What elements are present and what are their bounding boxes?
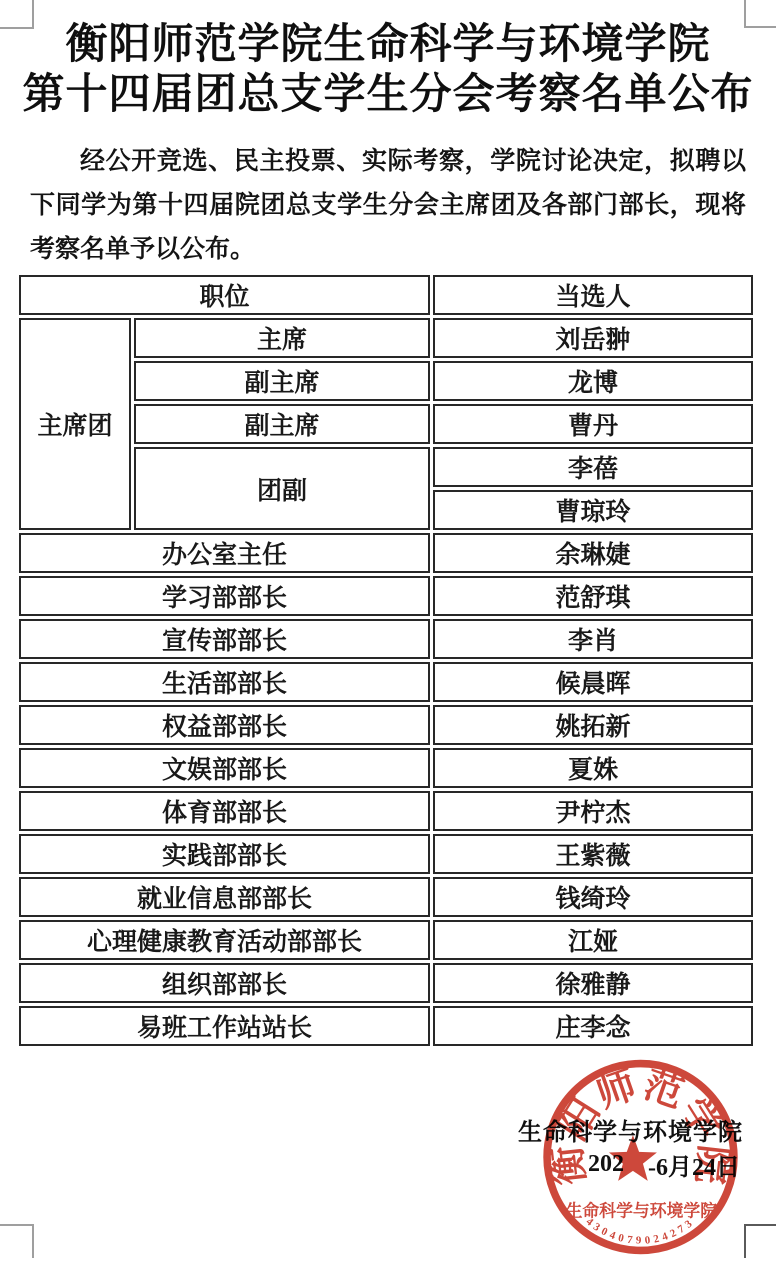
scan-corner-mark	[0, 1224, 34, 1258]
table-row: 生活部部长候晨晖	[19, 662, 753, 702]
table-row: 文娱部部长夏姝	[19, 748, 753, 788]
position-cell: 体育部部长	[19, 791, 430, 831]
position-cell: 易班工作站站长	[19, 1006, 430, 1046]
table-row: 学习部部长范舒琪	[19, 576, 753, 616]
table-row: 办公室主任余琳婕	[19, 533, 753, 573]
candidate-cell: 夏姝	[433, 748, 753, 788]
table-row: 就业信息部部长钱绮玲	[19, 877, 753, 917]
position-cell: 文娱部部长	[19, 748, 430, 788]
table-row: 心理健康教育活动部部长江娅	[19, 920, 753, 960]
candidate-cell: 庄李念	[433, 1006, 753, 1046]
table-row: 职位当选人	[19, 275, 753, 315]
document-page: 衡阳师范学院生命科学与环境学院 第十四届团总支学生分会考察名单公布 经公开竞选、…	[0, 0, 776, 1280]
position-cell: 宣传部部长	[19, 619, 430, 659]
position-cell: 学习部部长	[19, 576, 430, 616]
candidate-cell: 曹琼玲	[433, 490, 753, 530]
position-cell: 办公室主任	[19, 533, 430, 573]
roster-table-body: 职位当选人主席团主席刘岳翀副主席龙博副主席曹丹团副李蓓曹琼玲办公室主任余琳婕学习…	[19, 275, 753, 1046]
table-row: 组织部部长徐雅静	[19, 963, 753, 1003]
position-cell: 就业信息部部长	[19, 877, 430, 917]
candidate-cell: 余琳婕	[433, 533, 753, 573]
candidate-cell: 范舒琪	[433, 576, 753, 616]
header-position-cell: 职位	[19, 275, 430, 315]
table-row: 实践部部长王紫薇	[19, 834, 753, 874]
position-cell: 副主席	[134, 361, 430, 401]
position-cell: 权益部部长	[19, 705, 430, 745]
position-cell: 主席	[134, 318, 430, 358]
page-title-line2: 第十四届团总支学生分会考察名单公布	[22, 72, 753, 118]
position-cell: 心理健康教育活动部部长	[19, 920, 430, 960]
position-cell: 团副	[134, 447, 430, 530]
position-cell: 生活部部长	[19, 662, 430, 702]
position-cell: 副主席	[134, 404, 430, 444]
candidate-cell: 钱绮玲	[433, 877, 753, 917]
table-row: 主席团主席刘岳翀	[19, 318, 753, 358]
position-cell: 组织部部长	[19, 963, 430, 1003]
table-row: 易班工作站站长庄李念	[19, 1006, 753, 1046]
candidate-cell: 李蓓	[433, 447, 753, 487]
candidate-cell: 尹柠杰	[433, 791, 753, 831]
seal-inner-text: 生命科学与环境学院	[566, 1201, 718, 1221]
table-row: 权益部部长姚拓新	[19, 705, 753, 745]
candidate-cell: 王紫薇	[433, 834, 753, 874]
page-title: 衡阳师范学院生命科学与环境学院 第十四届团总支学生分会考察名单公布	[0, 20, 776, 120]
candidate-cell: 江娅	[433, 920, 753, 960]
candidate-cell: 徐雅静	[433, 963, 753, 1003]
page-title-line1: 衡阳师范学院生命科学与环境学院	[65, 22, 710, 68]
candidate-cell: 龙博	[433, 361, 753, 401]
official-seal: 衡阳师范学院 生命科学与环境学院 4304079024273	[531, 1056, 750, 1258]
table-row: 宣传部部长李肖	[19, 619, 753, 659]
group-cell: 主席团	[19, 318, 131, 530]
candidate-cell: 曹丹	[433, 404, 753, 444]
header-candidate-cell: 当选人	[433, 275, 753, 315]
table-row: 体育部部长尹柠杰	[19, 791, 753, 831]
position-cell: 实践部部长	[19, 834, 430, 874]
candidate-cell: 李肖	[433, 619, 753, 659]
candidate-cell: 刘岳翀	[433, 318, 753, 358]
candidate-cell: 候晨晖	[433, 662, 753, 702]
roster-table: 职位当选人主席团主席刘岳翀副主席龙博副主席曹丹团副李蓓曹琼玲办公室主任余琳婕学习…	[16, 272, 756, 1049]
candidate-cell: 姚拓新	[433, 705, 753, 745]
seal-star-icon	[609, 1135, 657, 1181]
intro-paragraph: 经公开竞选、民主投票、实际考察，学院讨论决定，拟聘以下同学为第十四届院团总支学生…	[30, 140, 746, 272]
